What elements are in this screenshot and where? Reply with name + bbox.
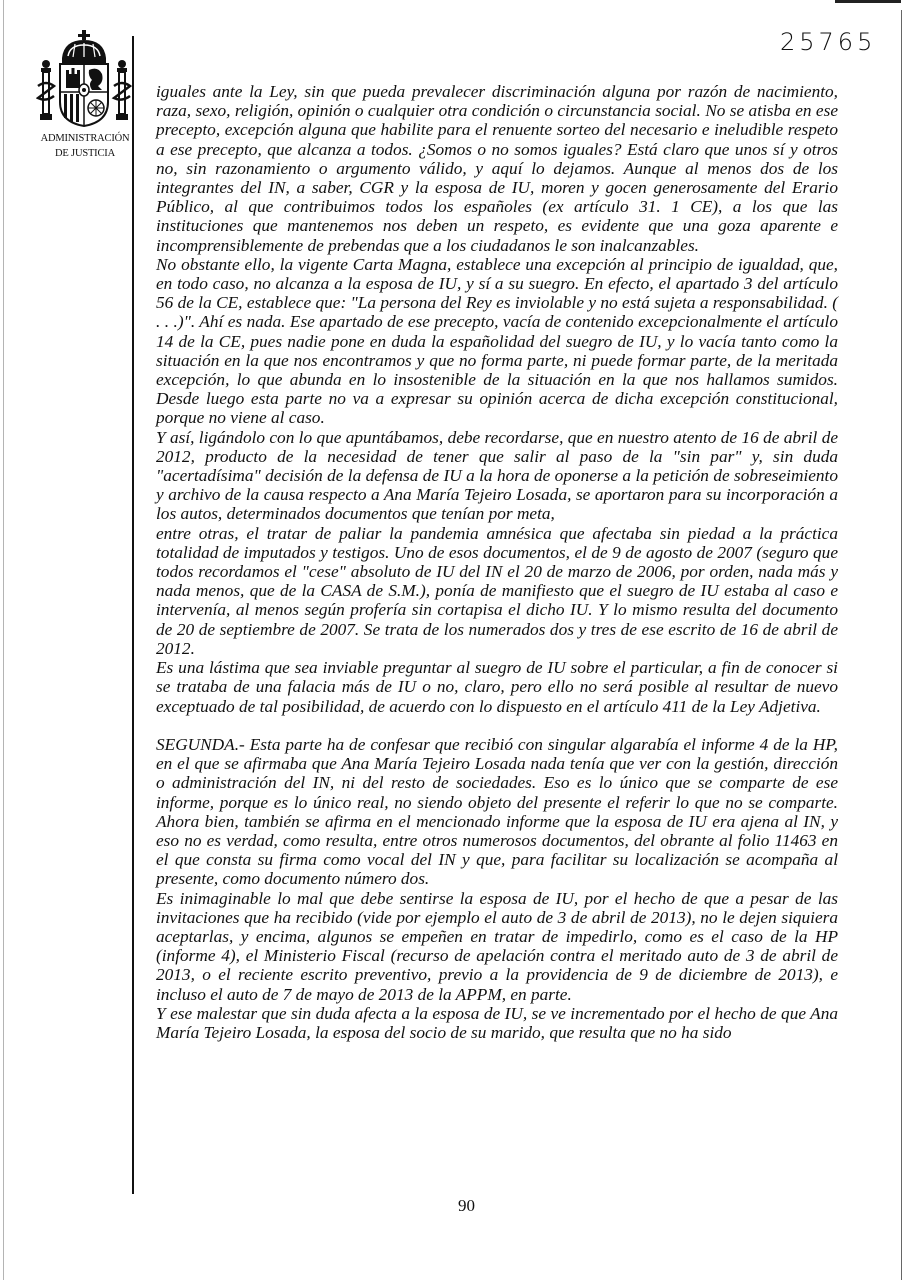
paragraph: Es inimaginable lo mal que debe sentirse… [156,889,838,1004]
document-body: iguales ante la Ley, sin que pueda preva… [156,82,838,1042]
page-number: 90 [458,1196,475,1216]
paragraph: Y así, ligándolo con lo que apuntábamos,… [156,428,838,524]
scan-right-edge [901,10,902,1280]
logo-caption-line-2: DE JUSTICIA [20,146,150,161]
scan-top-strip [835,0,901,3]
folio-stamp-number: 25765 [780,28,876,56]
margin-rule [132,36,134,1194]
logo-caption: ADMINISTRACIÓN DE JUSTICIA [20,131,150,161]
paragraph-segunda: SEGUNDA.- Esta parte ha de confesar que … [156,735,838,889]
spain-coat-of-arms-icon [36,30,132,130]
document-page: 25765 [0,0,906,1280]
logo-caption-line-1: ADMINISTRACIÓN [20,131,150,146]
paragraph: Y ese malestar que sin duda afecta a la … [156,1004,838,1042]
paragraph: iguales ante la Ley, sin que pueda preva… [156,82,838,255]
scan-left-edge [3,0,4,1280]
paragraph: entre otras, el tratar de paliar la pand… [156,524,838,658]
paragraph: Es una lástima que sea inviable pregunta… [156,658,838,716]
paragraph: No obstante ello, la vigente Carta Magna… [156,255,838,428]
